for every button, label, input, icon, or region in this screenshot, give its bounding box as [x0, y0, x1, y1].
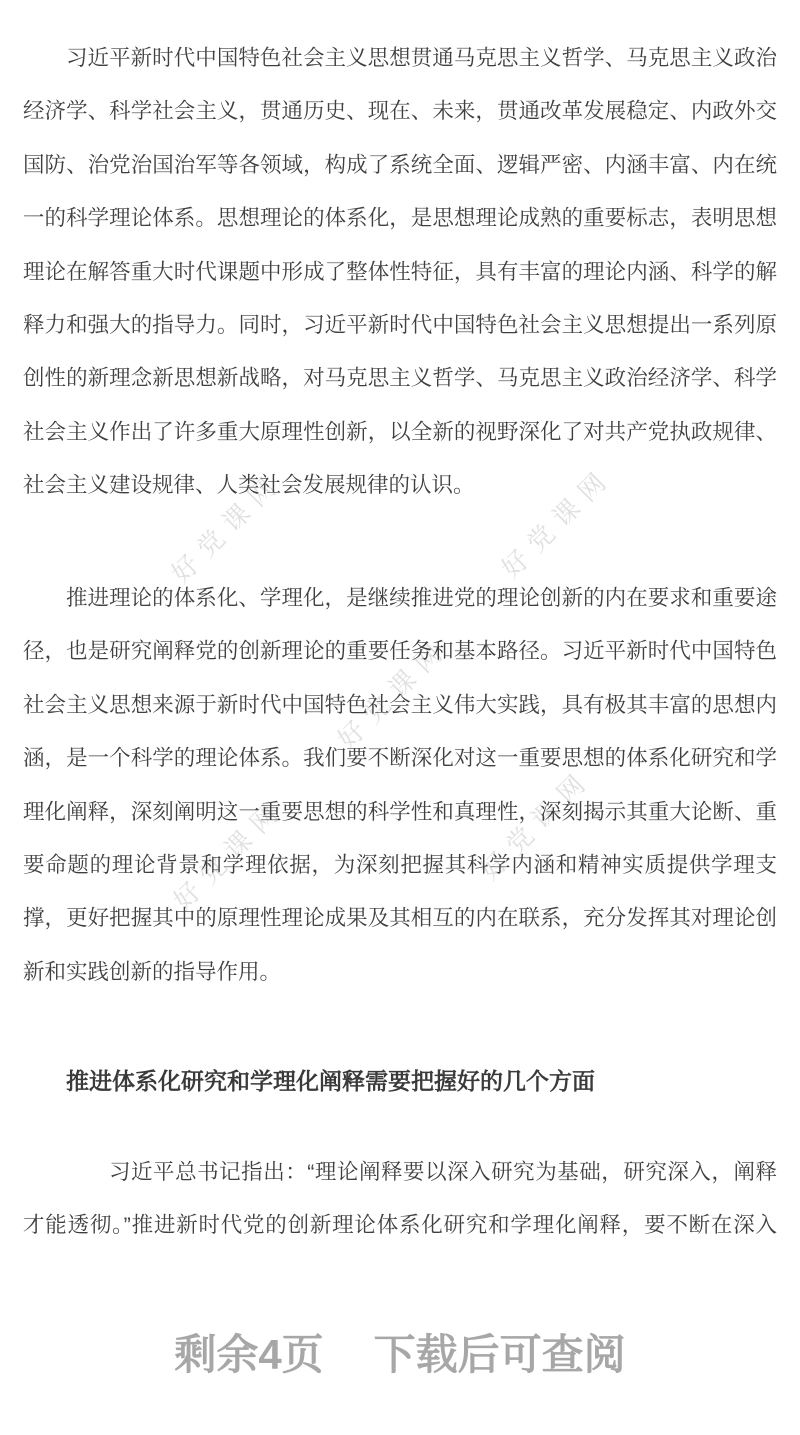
- text-line: 国防、治党治国治军等各领域，构成了系统全面、逻辑严密、内涵丰富、内在统: [23, 139, 777, 192]
- text-line: 理论在解答重大时代课题中形成了整体性特征，具有丰富的理论内涵、科学的解: [23, 246, 777, 299]
- text-line: 社会主义思想来源于新时代中国特色社会主义伟大实践，具有极其丰富的思想内: [23, 679, 777, 732]
- text-line: 创性的新理念新思想新战略，对马克思主义哲学、马克思主义政治经济学、科学: [23, 352, 777, 405]
- text-line: 新和实践创新的指导作用。: [23, 946, 777, 999]
- paragraph-1: 习近平新时代中国特色社会主义思想贯通马克思主义哲学、马克思主义政治经济学、科学社…: [23, 32, 777, 513]
- text-line: 一的科学理论体系。思想理论的体系化，是思想理论成熟的重要标志，表明思想: [23, 192, 777, 245]
- text-line: 习近平总书记指出：“理论阐释要以深入研究为基础，研究深入，阐释: [23, 1146, 777, 1199]
- text-line: 径，也是研究阐释党的创新理论的重要任务和基本路径。习近平新时代中国特色: [23, 625, 777, 678]
- download-hint-label: 下载后可查阅: [374, 1328, 626, 1381]
- text-line: 理化阐释，深刻阐明这一重要思想的科学性和真理性，深刻揭示其重大论断、重: [23, 786, 777, 839]
- text-line: 才能透彻。”推进新时代党的创新理论体系化研究和学理化阐释，要不断在深入: [23, 1199, 777, 1252]
- document-page: 好党课网好党课网好党课网好党课网好党课网 习近平新时代中国特色社会主义思想贯通马…: [0, 0, 800, 1435]
- text-line: 涵，是一个科学的理论体系。我们要不断深化对这一重要思想的体系化研究和学: [23, 732, 777, 785]
- text-line: 习近平新时代中国特色社会主义思想贯通马克思主义哲学、马克思主义政治: [23, 32, 777, 85]
- text-line: 推进理论的体系化、学理化，是继续推进党的理论创新的内在要求和重要途: [23, 572, 777, 625]
- document-content: 习近平新时代中国特色社会主义思想贯通马克思主义哲学、马克思主义政治经济学、科学社…: [23, 0, 777, 1435]
- text-line: 经济学、科学社会主义，贯通历史、现在、未来，贯通改革发展稳定、内政外交: [23, 85, 777, 138]
- text-line: 社会主义作出了许多重大原理性创新，以全新的视野深化了对共产党执政规律、: [23, 406, 777, 459]
- text-line: 释力和强大的指导力。同时，习近平新时代中国特色社会主义思想提出一系列原: [23, 299, 777, 352]
- remaining-pages-label: 剩余4页: [174, 1328, 323, 1381]
- text-line: 撑，更好把握其中的原理性理论成果及其相互的内在联系，充分发挥其对理论创: [23, 892, 777, 945]
- section-heading: 推进体系化研究和学理化阐释需要把握好的几个方面: [23, 1066, 800, 1096]
- text-line: 社会主义建设规律、人类社会发展规律的认识。: [23, 459, 777, 512]
- paragraph-2: 推进理论的体系化、学理化，是继续推进党的理论创新的内在要求和重要途径，也是研究阐…: [23, 572, 777, 999]
- pages-remaining-notice: 剩余4页 下载后可查阅: [23, 1328, 777, 1381]
- text-line: 要命题的理论背景和学理依据，为深刻把握其科学内涵和精神实质提供学理支: [23, 839, 777, 892]
- paragraph-3: 习近平总书记指出：“理论阐释要以深入研究为基础，研究深入，阐释才能透彻。”推进新…: [23, 1146, 777, 1253]
